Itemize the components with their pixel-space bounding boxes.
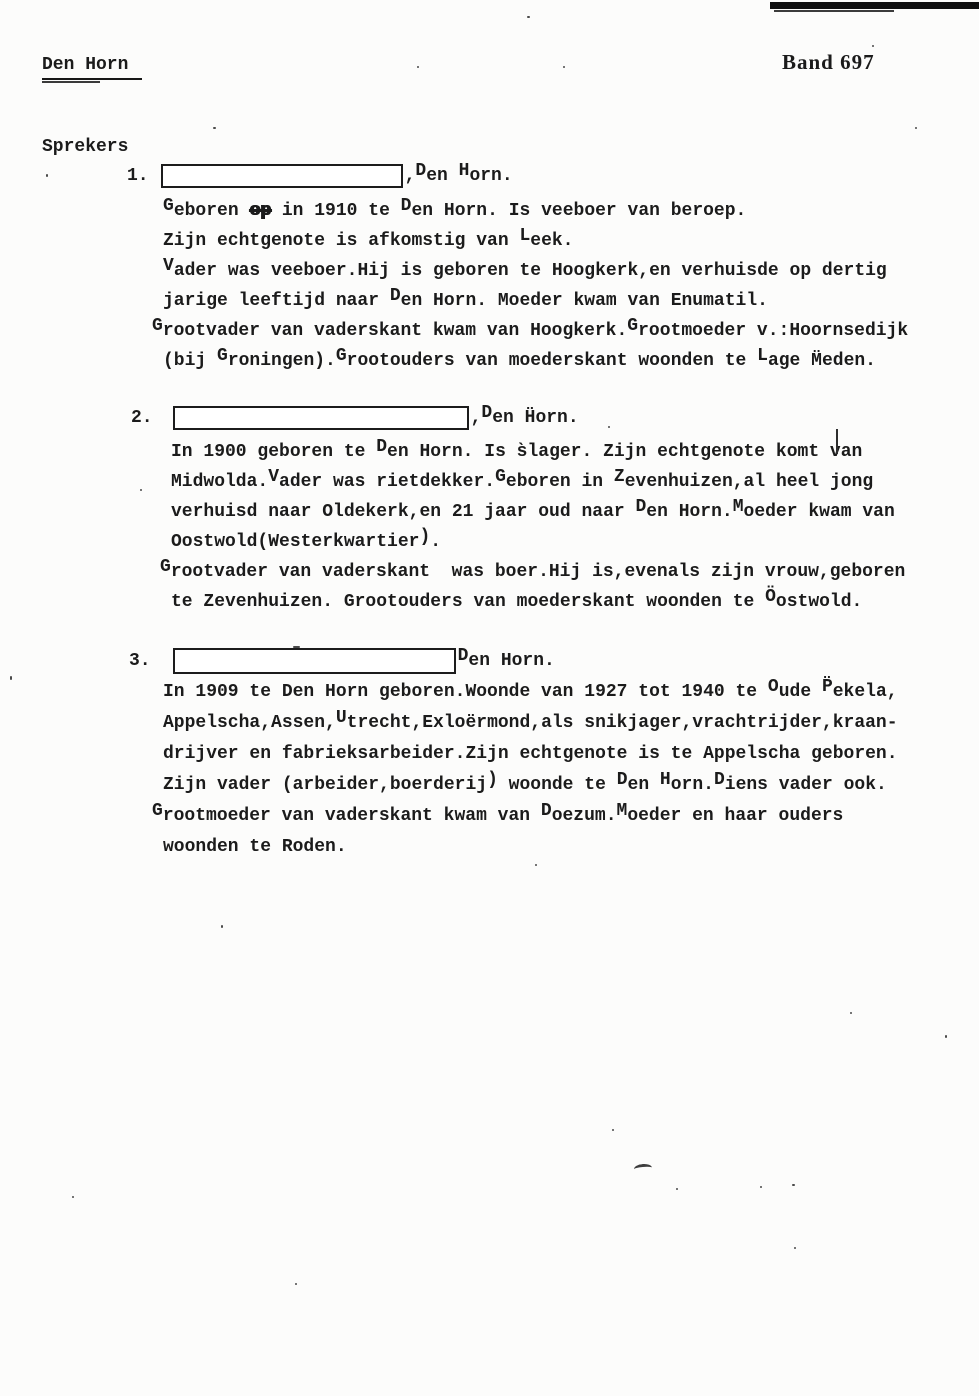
text-line: Midwolda.Vader was rietdekker.Geboren in… [171,467,905,497]
entry-3-heading: 3. Den Horn. [129,648,555,674]
squiggle-mark [634,1163,653,1174]
text-line: Vader was veeboer.Hij is geboren te Hoog… [163,256,908,286]
scan-speck [140,489,142,491]
entry-1-number: 1. [127,166,149,186]
scan-speck [72,1196,74,1198]
text-line: Appelscha,Assen,Utrecht,Exloërmond,als s… [163,708,898,739]
entry-2-heading: 2. ,Den Ḧorn. [131,406,579,430]
scan-speck [850,1012,852,1014]
scan-speck [676,1188,678,1190]
entry-3-number: 3. [129,651,151,671]
text-line: Zijn echtgenote is afkomstig van Leek. [163,226,908,256]
section-title: Sprekers [42,137,128,157]
redacted-name-box [173,648,456,674]
scan-speck [612,1129,614,1131]
entry-2-number: 2. [131,408,153,428]
scan-speck [563,66,565,68]
redacted-name-box [173,406,469,430]
scan-speck [794,1247,796,1249]
entry-3-place: Den Horn. [458,651,555,671]
ink-stroke-artifact [836,429,838,454]
entry-2-place: ,Den Ḧorn. [471,408,579,428]
scan-speck [872,45,874,47]
text-line: Zijn vader (arbeider,boerderij) woonde t… [163,770,898,801]
scan-speck [792,1184,795,1186]
text-line: verhuisd naar Oldekerk,en 21 jaar oud na… [171,497,905,527]
entry-1-body: Geboren op in 1910 te Den Horn. Is veebo… [163,196,908,376]
text-line: woonden te Roden. [163,832,898,863]
text-line: Grootvader van vaderskant kwam van Hoogk… [152,316,908,346]
text-line: In 1909 te Den Horn geboren.Woonde van 1… [163,677,898,708]
scan-speck [915,127,917,129]
entry-1-heading: 1. ,Den Horn. [127,164,513,188]
text-line: Geboren op in 1910 te Den Horn. Is veebo… [163,196,908,226]
scan-speck [295,1283,297,1285]
text-line: drijver en fabrieksarbeider.Zijn echtgen… [163,739,898,770]
band-number: Band 697 [782,50,875,75]
entry-2-body: In 1900 geboren te Den Horn. Is s̀lager.… [171,437,905,617]
text-line: Grootmoeder van vaderskant kwam van Doez… [152,801,898,832]
scan-speck [945,1035,947,1038]
entry-3-body: In 1909 te Den Horn geboren.Woonde van 1… [163,677,898,863]
text-line: Grootvader van vaderskant was boer.Hij i… [160,557,905,587]
scan-speck [213,127,216,129]
entry-1-place: ,Den Horn. [405,166,513,186]
scan-speck [608,426,610,428]
scan-speck [760,1186,762,1188]
scan-edge-bar [770,2,979,9]
scan-speck [527,16,530,18]
text-line: jarige leeftijd naar Den Horn. Moeder kw… [163,286,908,316]
scan-speck [293,646,300,648]
scan-speck [46,174,48,177]
scan-speck [535,864,537,866]
text-line: te Zevenhuizen. Grootouders van moedersk… [171,587,905,617]
page-title: Den Horn [42,55,142,80]
scan-speck [10,676,12,680]
scanned-document-page: Den Horn Band 697 Sprekers 1. ,Den Horn.… [0,0,979,1396]
scan-speck [221,925,223,928]
text-line: Oostwold(Westerkwartier). [171,527,905,557]
scan-speck [417,66,419,68]
text-line: (bij Groningen).Grootouders van moedersk… [163,346,908,376]
text-line: In 1900 geboren te Den Horn. Is s̀lager.… [171,437,905,467]
redacted-name-box [161,164,403,188]
